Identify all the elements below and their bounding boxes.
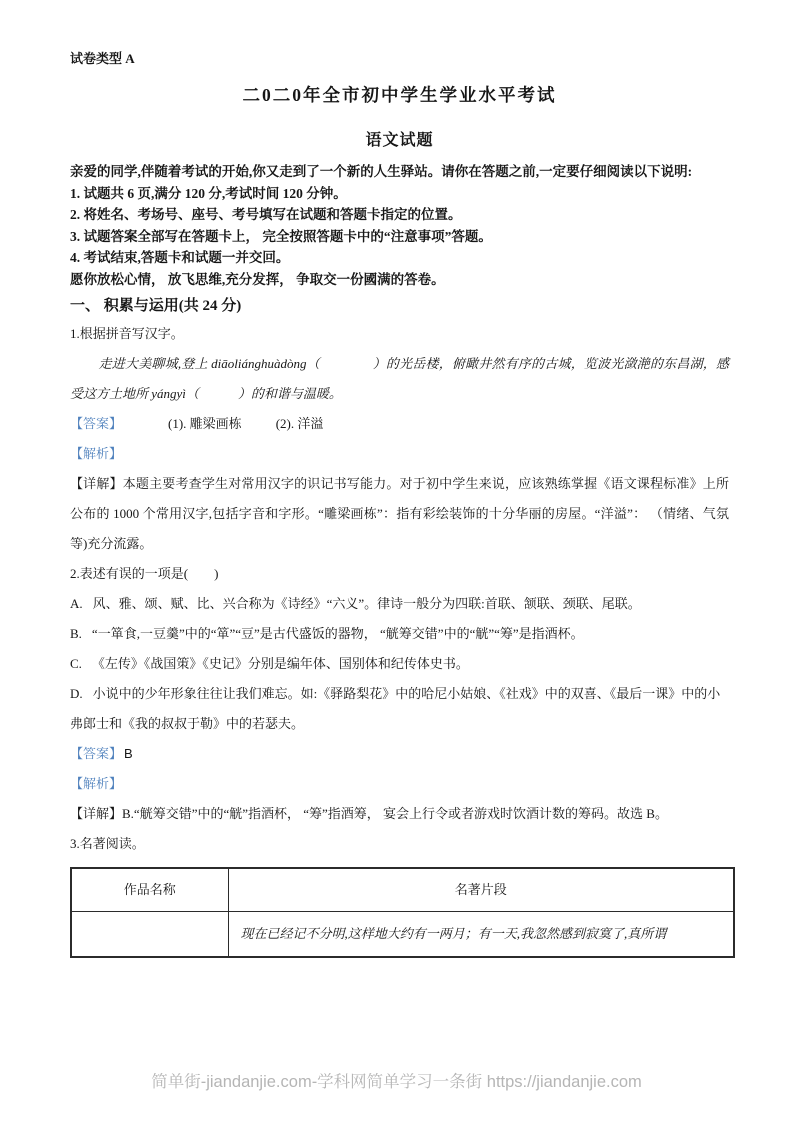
q2-option-c-text: 《左传》《战国策》《史记》分别是编年体、国别体和纪传体史书。 xyxy=(92,656,469,671)
notice-item-4: 4. 考试结束,答题卡和试题一并交回。 xyxy=(70,247,729,269)
paper-type-label: 试卷类型 A xyxy=(70,50,729,68)
q3-header-fragment: 名著片段 xyxy=(228,868,734,912)
q2-analysis-label: 【解析】 xyxy=(70,776,122,791)
q2-option-a-label: A. xyxy=(70,596,83,611)
q1-answer-label: 【答案】 xyxy=(70,416,122,431)
document-body: 1.根据拼音写汉字。 走进大美聊城,登上 diāoliánghuàdòng（ ）… xyxy=(70,319,729,958)
table-row: 现在已经记不分明,这样地大约有一两月；有一天,我忽然感到寂寞了,真所谓 xyxy=(71,912,734,958)
notice-item-1: 1. 试题共 6 页,满分 120 分,考试时间 120 分钟。 xyxy=(70,183,729,205)
q1-answer-1: (1). 雕梁画栋 xyxy=(168,416,242,431)
q2-option-b-text: “一箪食,一豆羹”中的“箪”“豆”是古代盛饭的器物， “觥筹交错”中的“觥”“筹… xyxy=(92,626,584,641)
q3-prompt: 3.名著阅读。 xyxy=(70,829,729,859)
q2-analysis-line: 【解析】 xyxy=(70,769,729,799)
q2-option-d-label: D. xyxy=(70,686,83,701)
q1-analysis-label: 【解析】 xyxy=(70,446,122,461)
q2-option-b-label: B. xyxy=(70,626,82,641)
notice-item-2: 2. 将姓名、考场号、座号、考号填写在试题和答题卡指定的位置。 xyxy=(70,204,729,226)
q1-answer-2: (2). 洋溢 xyxy=(276,416,324,431)
exam-paper-page: 试卷类型 A 二0二0年全市初中学生学业水平考试 语文试题 亲爱的同学,伴随着考… xyxy=(0,0,793,1122)
q1-prompt: 1.根据拼音写汉字。 xyxy=(70,319,729,349)
page-title: 二0二0年全市初中学生学业水平考试 xyxy=(70,83,729,107)
section-1-title: 一、 积累与运用(共 24 分) xyxy=(70,294,729,319)
q2-option-c-label: C. xyxy=(70,656,82,671)
q3-header-work-name: 作品名称 xyxy=(71,868,228,912)
q3-fragment-cell: 现在已经记不分明,这样地大约有一两月；有一天,我忽然感到寂寞了,真所谓 xyxy=(228,912,734,958)
page-subtitle: 语文试题 xyxy=(70,129,729,153)
q2-option-d-text: 小说中的少年形象往往让我们难忘。如:《驿路梨花》中的哈尼小姑娘、《社戏》中的双喜… xyxy=(70,686,720,731)
page-content: 试卷类型 A 二0二0年全市初中学生学业水平考试 语文试题 亲爱的同学,伴随着考… xyxy=(70,50,729,958)
q3-work-name-cell xyxy=(71,912,228,958)
q1-detail: 【详解】本题主要考查学生对常用汉字的识记书写能力。对于初中学生来说，应该熟练掌握… xyxy=(70,469,729,559)
q2-option-a: A.风、雅、颂、赋、比、兴合称为《诗经》“六义”。律诗一般分为四联:首联、颔联、… xyxy=(70,589,729,619)
q1-answer-line: 【答案】(1). 雕梁画栋(2). 洋溢 xyxy=(70,409,729,439)
notice-wish: 愿你放松心情， 放飞思维,充分发挥， 争取交一份國满的答卷。 xyxy=(70,269,729,291)
q2-prompt: 2.表述有误的一项是( ) xyxy=(70,559,729,589)
q2-option-d: D.小说中的少年形象往往让我们难忘。如:《驿路梨花》中的哈尼小姑娘、《社戏》中的… xyxy=(70,679,729,739)
q2-option-a-text: 风、雅、颂、赋、比、兴合称为《诗经》“六义”。律诗一般分为四联:首联、颔联、颈联… xyxy=(93,596,641,611)
notice-item-3: 3. 试题答案全部写在答题卡上， 完全按照答题卡中的“注意事项”答题。 xyxy=(70,226,729,248)
watermark-footer: 简单街-jiandanjie.com-学科网简单学习一条街 https://ji… xyxy=(0,1068,793,1092)
q2-detail: 【详解】B.“觥筹交错”中的“觥”指酒杯， “筹”指酒筹， 宴会上行令或者游戏时… xyxy=(70,799,729,829)
notice-intro: 亲爱的同学,伴随着考试的开始,你又走到了一个新的人生驿站。请你在答题之前,一定要… xyxy=(70,161,729,183)
q3-table-header-row: 作品名称 名著片段 xyxy=(71,868,734,912)
q2-answer-line: 【答案】B xyxy=(70,739,729,769)
exam-notice: 亲爱的同学,伴随着考试的开始,你又走到了一个新的人生驿站。请你在答题之前,一定要… xyxy=(70,161,729,290)
q2-option-c: C.《左传》《战国策》《史记》分别是编年体、国别体和纪传体史书。 xyxy=(70,649,729,679)
q2-answer-label: 【答案】 xyxy=(70,746,122,761)
q2-option-b: B.“一箪食,一豆羹”中的“箪”“豆”是古代盛饭的器物， “觥筹交错”中的“觥”… xyxy=(70,619,729,649)
q1-analysis-line: 【解析】 xyxy=(70,439,729,469)
q3-table: 作品名称 名著片段 现在已经记不分明,这样地大约有一两月；有一天,我忽然感到寂寞… xyxy=(70,867,735,958)
q2-answer-value: B xyxy=(124,746,133,761)
q1-passage: 走进大美聊城,登上 diāoliánghuàdòng（ ）的光岳楼，俯瞰井然有序… xyxy=(70,349,729,409)
